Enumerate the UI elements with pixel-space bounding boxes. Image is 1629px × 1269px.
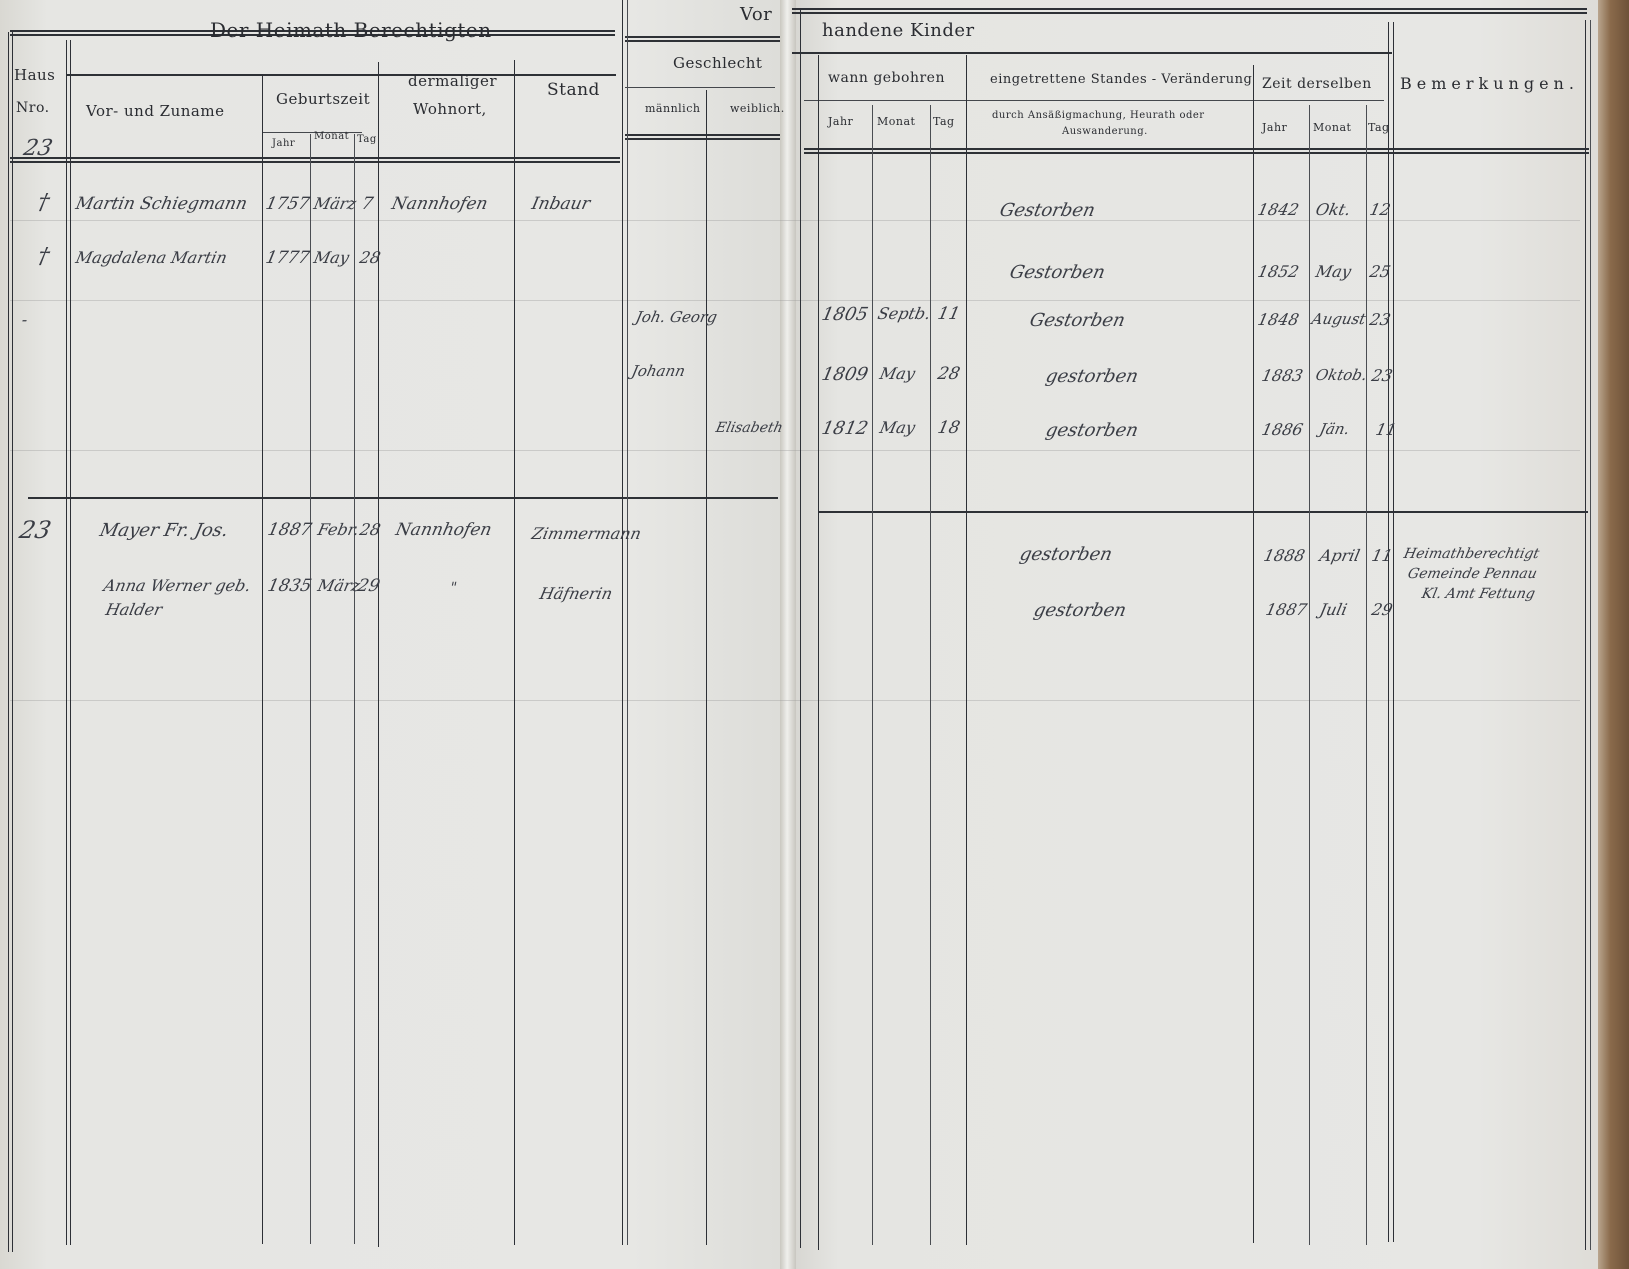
bemerkung-line: Gemeinde Pennau bbox=[1406, 566, 1538, 582]
ruled-line bbox=[10, 700, 1580, 701]
entry-birth-month: März bbox=[316, 576, 362, 595]
zeit-monat-label: Monat bbox=[1313, 121, 1351, 134]
ruled-line bbox=[10, 300, 1580, 301]
child-birth-day: 18 bbox=[936, 418, 962, 438]
entry-change-year: 1852 bbox=[1256, 262, 1301, 281]
zeit-jahr-label: Jahr bbox=[1262, 121, 1287, 134]
zeit-tag-label: Tag bbox=[1368, 121, 1390, 134]
child-change-day: 11 bbox=[1374, 420, 1398, 439]
maennlich-label: männlich bbox=[645, 102, 700, 115]
header-top-rule-mid bbox=[625, 36, 780, 42]
bemerkungen-label: Bemerkungen. bbox=[1400, 74, 1579, 93]
header-bottom-rule-right bbox=[804, 148, 1589, 154]
book-edge bbox=[1598, 0, 1629, 1269]
child-change: gestorben bbox=[1044, 420, 1140, 441]
stand-label: Stand bbox=[547, 80, 600, 100]
entry-birth-month: März bbox=[312, 194, 358, 213]
child-change-month: Oktob. bbox=[1314, 366, 1369, 384]
ruled-line bbox=[10, 450, 1580, 451]
child-change-day: 23 bbox=[1368, 310, 1392, 329]
entry-stand: Inbaur bbox=[530, 194, 592, 214]
entry-birth-year: 1757 bbox=[264, 194, 312, 214]
entry-change: Gestorben bbox=[998, 200, 1097, 221]
kind-monat-label: Monat bbox=[877, 115, 915, 128]
kind-tag-label: Tag bbox=[933, 115, 955, 128]
entry-wohnort: Nannhofen bbox=[394, 520, 494, 540]
vor-zuname-label: Vor- und Zuname bbox=[86, 102, 224, 120]
header-top-rule-right bbox=[792, 8, 1587, 14]
child-birth-year: 1805 bbox=[820, 304, 870, 325]
col-line bbox=[627, 0, 628, 1245]
kinder-sub-rule bbox=[804, 100, 1384, 101]
col-line bbox=[1366, 105, 1367, 1245]
entry-birth-day: 28 bbox=[358, 520, 382, 539]
child-male-name: Johann bbox=[630, 362, 687, 380]
col-line bbox=[966, 55, 967, 1245]
col-line bbox=[8, 32, 9, 1252]
entry-wohnort: Nannhofen bbox=[390, 194, 490, 214]
entry-birth-year: 1835 bbox=[266, 576, 314, 596]
col-line bbox=[1309, 105, 1310, 1245]
col-line bbox=[66, 40, 67, 1245]
col-line bbox=[514, 60, 515, 1245]
child-birth-day: 11 bbox=[936, 304, 962, 324]
title-right: handene Kinder bbox=[822, 20, 975, 41]
child-change-month: Jän. bbox=[1318, 420, 1351, 438]
child-birth-month: May bbox=[878, 364, 917, 383]
col-line bbox=[706, 90, 707, 1245]
col-line bbox=[354, 134, 355, 1244]
register-book-spread: Der Heimath Berechtigten Vor handene Kin… bbox=[0, 0, 1629, 1269]
entry-name-line2: Halder bbox=[104, 600, 164, 619]
entry-change-year: 1887 bbox=[1264, 600, 1309, 619]
group-separator-left bbox=[28, 497, 778, 499]
entry-name: Martin Schiegmann bbox=[74, 194, 249, 214]
entry-birth-month: May bbox=[312, 248, 351, 267]
standes-sub-2: Auswanderung. bbox=[1062, 126, 1148, 137]
entry-change-day: 11 bbox=[1370, 546, 1394, 565]
kind-jahr-label: Jahr bbox=[828, 115, 853, 128]
geburt-jahr-label: Jahr bbox=[272, 138, 295, 149]
child-change-month: August bbox=[1310, 310, 1367, 328]
child-birth-month: May bbox=[878, 418, 917, 437]
haus-nro-value: 23 bbox=[21, 136, 54, 161]
col-line bbox=[1393, 22, 1394, 1242]
child-male-name: Joh. Georg bbox=[634, 308, 719, 326]
child-birth-year: 1809 bbox=[820, 364, 870, 385]
child-change-year: 1886 bbox=[1260, 420, 1305, 439]
haus-number: 23 bbox=[17, 516, 53, 544]
child-birth-month: Septb. bbox=[876, 304, 932, 323]
col-line bbox=[622, 0, 623, 1245]
col-line bbox=[1253, 65, 1254, 1243]
wann-gebohren-label: wann gebohren bbox=[828, 70, 945, 86]
entry-birth-year: 1777 bbox=[264, 248, 312, 268]
entry-change-day: 29 bbox=[1370, 600, 1394, 619]
geburt-tag-label: Tag bbox=[357, 134, 377, 145]
entry-change-month: Juli bbox=[1318, 600, 1349, 619]
entry-name: Mayer Fr. Jos. bbox=[98, 520, 230, 541]
col-line bbox=[262, 74, 263, 1244]
wohnort-label-2: Wohnort, bbox=[413, 100, 487, 118]
entry-change-day: 12 bbox=[1368, 200, 1392, 219]
entry-change: gestorben bbox=[1018, 544, 1114, 565]
title-vor: Vor bbox=[740, 4, 772, 25]
weiblich-label: weiblich. bbox=[730, 102, 785, 115]
child-birth-day: 28 bbox=[936, 364, 962, 384]
entry-change-month: April bbox=[1318, 546, 1362, 565]
entry-change-month: May bbox=[1314, 262, 1353, 281]
entry-birth-year: 1887 bbox=[266, 520, 314, 540]
header-sub-rule-left bbox=[66, 74, 616, 76]
entry-birth-day: 29 bbox=[356, 576, 382, 596]
entry-change-day: 25 bbox=[1368, 262, 1392, 281]
child-change-day: 23 bbox=[1370, 366, 1394, 385]
left-page bbox=[0, 0, 790, 1269]
entry-birth-day: 28 bbox=[358, 248, 382, 267]
geburt-monat-label: Monat bbox=[314, 131, 349, 142]
geschlecht-rule bbox=[625, 87, 775, 88]
geburtszeit-label: Geburtszeit bbox=[276, 90, 370, 108]
entry-change: gestorben bbox=[1032, 600, 1128, 621]
col-line bbox=[310, 134, 311, 1244]
col-line bbox=[930, 105, 931, 1245]
standes-veraenderung-label: eingetrettene Standes - Veränderung bbox=[990, 72, 1252, 87]
child-female-name: Elisabeth bbox=[714, 420, 784, 436]
entry-stand: Häfnerin bbox=[538, 584, 614, 603]
col-line bbox=[12, 32, 13, 1252]
ruled-line bbox=[10, 220, 1580, 221]
col-line bbox=[378, 62, 379, 1247]
col-line bbox=[1585, 20, 1586, 1250]
entry-birth-month: Febr. bbox=[316, 520, 361, 539]
child-change: Gestorben bbox=[1028, 310, 1127, 331]
nro-label: Nro. bbox=[16, 100, 50, 116]
wohnort-label-1: dermaliger bbox=[408, 72, 497, 90]
col-line bbox=[872, 105, 873, 1245]
entry-change: Gestorben bbox=[1008, 262, 1107, 283]
group-separator-right bbox=[818, 511, 1588, 513]
header-bottom-rule-left bbox=[10, 157, 620, 163]
entry-name-line1: Anna Werner geb. bbox=[102, 576, 253, 595]
entry-stand: Zimmermann bbox=[530, 524, 643, 543]
entry-change-year: 1888 bbox=[1262, 546, 1307, 565]
zeit-derselben-label: Zeit derselben bbox=[1262, 76, 1372, 92]
header-bottom-rule-mid bbox=[625, 134, 780, 140]
bemerkung-line: Heimathberechtigt bbox=[1402, 546, 1540, 562]
geschlecht-label: Geschlecht bbox=[673, 54, 762, 72]
child-change-year: 1883 bbox=[1260, 366, 1305, 385]
haus-label: Haus bbox=[14, 66, 55, 84]
child-birth-year: 1812 bbox=[820, 418, 870, 439]
standes-sub-1: durch Ansäßigmachung, Heurath oder bbox=[992, 110, 1205, 121]
entry-change-year: 1842 bbox=[1256, 200, 1301, 219]
child-change-year: 1848 bbox=[1256, 310, 1301, 329]
col-line bbox=[818, 55, 819, 1250]
col-line bbox=[1590, 20, 1591, 1250]
book-spine bbox=[780, 0, 796, 1269]
col-line bbox=[70, 40, 71, 1245]
child-change: gestorben bbox=[1044, 366, 1140, 387]
bemerkung-line: Kl. Amt Fettung bbox=[1420, 586, 1536, 602]
entry-change-month: Okt. bbox=[1314, 200, 1352, 219]
entry-name: Magdalena Martin bbox=[74, 248, 229, 267]
title-left: Der Heimath Berechtigten bbox=[210, 18, 492, 42]
right-page bbox=[790, 0, 1598, 1269]
header-sub-rule-right bbox=[792, 52, 1392, 54]
col-line bbox=[800, 8, 801, 1248]
